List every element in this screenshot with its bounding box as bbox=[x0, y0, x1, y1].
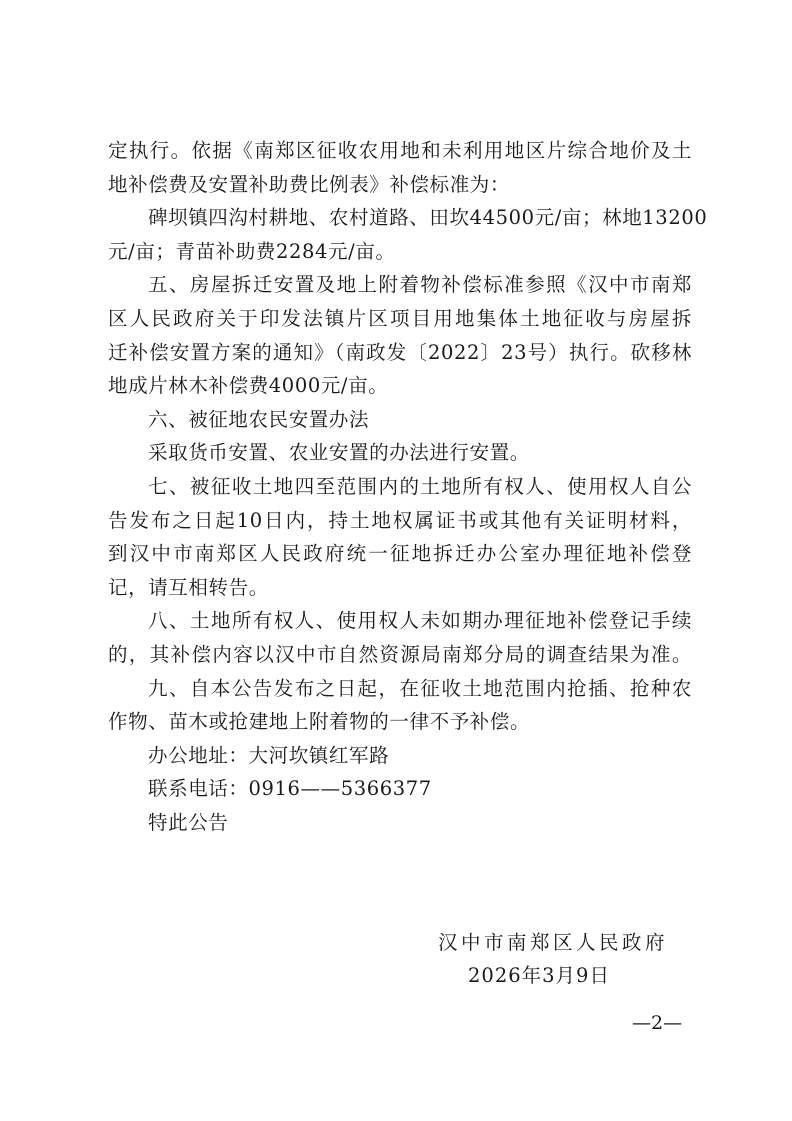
text-line: 七、被征收土地四至范围内的土地所有权人、使用权人自公 bbox=[108, 470, 692, 504]
text-line: 地补偿费及安置补助费比例表》补偿标准为： bbox=[108, 168, 692, 202]
text-line: 作物、苗木或抢建地上附着物的一律不予补偿。 bbox=[108, 705, 692, 739]
document-page: 定执行。依据《南郑区征收农用地和未利用地区片综合地价及土 地补偿费及安置补助费比… bbox=[0, 0, 792, 1121]
page-number: —2— bbox=[632, 1011, 682, 1035]
office-address: 办公地址：大河坎镇红军路 bbox=[108, 739, 692, 773]
text-line: 区人民政府关于印发法镇片区项目用地集体土地征收与房屋拆 bbox=[108, 302, 692, 336]
section-heading: 六、被征地农民安置办法 bbox=[108, 403, 692, 437]
text-line: 碑坝镇四沟村耕地、农村道路、田坎44500元/亩；林地13200 bbox=[108, 201, 692, 235]
text-line: 记，请互相转告。 bbox=[108, 571, 692, 605]
text-line: 八、土地所有权人、使用权人未如期办理征地补偿登记手续 bbox=[108, 604, 692, 638]
closing-statement: 特此公告 bbox=[108, 806, 692, 840]
text-line: 元/亩；青苗补助费2284元/亩。 bbox=[108, 235, 692, 269]
text-line: 告发布之日起10日内，持土地权属证书或其他有关证明材料， bbox=[108, 504, 692, 538]
text-line: 五、房屋拆迁安置及地上附着物补偿标准参照《汉中市南郑 bbox=[108, 268, 692, 302]
text-line: 的，其补偿内容以汉中市自然资源局南郑分局的调查结果为准。 bbox=[108, 638, 692, 672]
text-line: 采取货币安置、农业安置的办法进行安置。 bbox=[108, 436, 692, 470]
text-line: 九、自本公告发布之日起，在征收土地范围内抢插、抢种农 bbox=[108, 672, 692, 706]
issuing-organization: 汉中市南郑区人民政府 bbox=[438, 926, 668, 959]
contact-phone: 联系电话：0916——5366377 bbox=[108, 772, 692, 806]
document-body: 定执行。依据《南郑区征收农用地和未利用地区片综合地价及土 地补偿费及安置补助费比… bbox=[108, 134, 692, 839]
signature-block: 汉中市南郑区人民政府 2026年3月9日 bbox=[438, 926, 668, 992]
text-line: 到汉中市南郑区人民政府统一征地拆迁办公室办理征地补偿登 bbox=[108, 537, 692, 571]
text-line: 定执行。依据《南郑区征收农用地和未利用地区片综合地价及土 bbox=[108, 134, 692, 168]
text-line: 迁补偿安置方案的通知》（南政发〔2022〕23号）执行。砍移林 bbox=[108, 336, 692, 370]
issue-date: 2026年3月9日 bbox=[438, 959, 668, 992]
text-line: 地成片林木补偿费4000元/亩。 bbox=[108, 369, 692, 403]
